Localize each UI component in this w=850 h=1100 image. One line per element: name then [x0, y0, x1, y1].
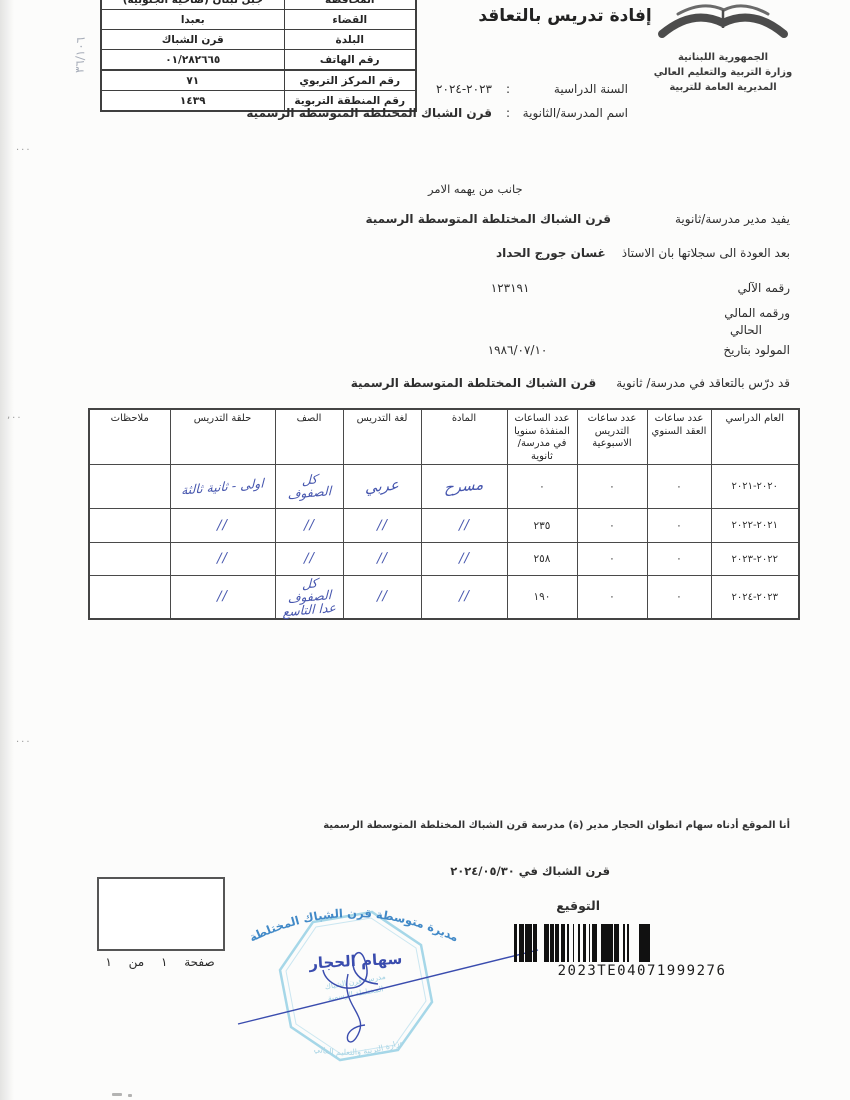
cell-weekly-hours: ٠: [577, 576, 647, 620]
stamp-curved-title: مديرة متوسطة قرن الشباك المختلطة: [247, 906, 461, 945]
info-value: ٠١/٢٨٢٦٦٥: [101, 50, 284, 71]
colon: :: [506, 106, 510, 120]
statement-line-6: قد درّس بالتعاقد في مدرسة/ ثانوية قرن ال…: [351, 376, 790, 390]
statement-2-label: بعد العودة الى سجلاتها بان الاستاذ: [622, 246, 790, 260]
scan-dots: ...: [16, 734, 32, 745]
statement-line-3: رقمه الآلي ١٢٣١٩١: [491, 281, 790, 295]
scan-dots: ...: [16, 142, 32, 153]
table-header-row: العام الدراسي عدد ساعات العقد السنوي عدد…: [89, 409, 799, 465]
handwritten-language: عربي: [365, 477, 399, 496]
info-value: قرن الشباك: [101, 30, 284, 50]
auto-number-value: ١٢٣١٩١: [491, 281, 530, 295]
cell-year: ٢٠٢٠-٢٠٢١: [711, 465, 799, 509]
cell-notes: [89, 465, 170, 509]
statement-line-2: بعد العودة الى سجلاتها بان الاستاذ غسان …: [496, 246, 790, 260]
table-row: ٢٠٢٢-٢٠٢٣ ٠ ٠ ٢٥٨ // // // //: [89, 543, 799, 576]
cell-executed-hours: ٢٥٨: [507, 543, 577, 576]
financial-number-label-2: الحالي: [724, 322, 790, 339]
cell-year: ٢٠٢٣-٢٠٢٤: [711, 576, 799, 620]
handwritten-ditto: //: [304, 552, 315, 567]
col-header-subject: المادة: [421, 409, 507, 465]
table-row: ٢٠٢٠-٢٠٢١ ٠ ٠ ٠ مسرح عربي كل الصفوف اولى…: [89, 465, 799, 509]
statement-1-school: قرن الشباك المختلطة المتوسطة الرسمية: [365, 212, 611, 226]
cell-executed-hours: ١٩٠: [507, 576, 577, 620]
taught-school: قرن الشباك المختلطة المتوسطة الرسمية: [351, 376, 597, 390]
info-label: رقم المركز التربوي: [284, 70, 416, 91]
handwritten-grade: كل الصفوف عدا التاسع: [277, 574, 340, 619]
handwritten-grade: كل الصفوف: [277, 470, 340, 502]
col-header-language: لغة التدريس: [343, 409, 421, 465]
info-value: بعبدا: [101, 10, 284, 30]
auto-number-label: رقمه الآلي: [737, 281, 790, 295]
director-stamp: مدرسة قرن الشباك المختلطة الرسمية وزارة …: [228, 886, 548, 1071]
info-value: جبل لبنان (ضاحية الجنوبية): [101, 0, 284, 10]
statement-1-label: يفيد مدير مدرسة/ثانوية: [675, 212, 790, 226]
ministry-line-republic: الجمهورية اللبنانية: [648, 50, 798, 65]
info-label: البلدة: [284, 30, 416, 50]
teaching-history-table: العام الدراسي عدد ساعات العقد السنوي عدد…: [88, 408, 800, 620]
col-header-notes: ملاحظات: [89, 409, 170, 465]
to-whom-line: جانب من يهمه الامر: [428, 182, 523, 196]
page-number-label: صفحة ١ من ١: [98, 955, 222, 969]
school-name-line: اسم المدرسة/الثانوية : قرن الشباك المختل…: [246, 106, 628, 120]
cell-contract-hours: ٠: [647, 576, 711, 620]
handwritten-cycle: اولى - ثانية ثالثة: [181, 476, 264, 496]
handwritten-ditto: //: [459, 552, 470, 567]
cell-weekly-hours: ٠: [577, 465, 647, 509]
financial-number-block: ورقمه المالي الحالي: [724, 305, 790, 340]
col-header-grade: الصف: [275, 409, 343, 465]
statement-line-1: يفيد مدير مدرسة/ثانوية قرن الشباك المختل…: [365, 212, 790, 226]
cell-year: ٢٠٢١-٢٠٢٢: [711, 509, 799, 543]
col-header-weekly-hours: عدد ساعات التدريس الاسبوعية: [577, 409, 647, 465]
signature-label: التوقيع: [556, 898, 600, 913]
signature-name: سهام الحجار: [308, 950, 403, 973]
school-year-value: ٢٠٢٣-٢٠٢٤: [436, 82, 492, 96]
info-label: رقم الهاتف: [284, 50, 416, 71]
margin-handwritten-note: ٣٦/١٠٦: [73, 37, 88, 74]
teacher-name: غسان جورج الحداد: [496, 246, 606, 260]
school-year-line: السنة الدراسية : ٢٠٢٣-٢٠٢٤: [436, 82, 628, 96]
handwritten-ditto: //: [377, 552, 388, 567]
ministry-line-directorate: المديرية العامة للتربية: [648, 80, 798, 95]
school-name-value: قرن الشباك المختلطة المتوسطة الرسمية: [246, 106, 492, 120]
cell-weekly-hours: ٠: [577, 509, 647, 543]
handwritten-ditto: //: [217, 552, 228, 567]
table-row: ٢٠٢٣-٢٠٢٤ ٠ ٠ ١٩٠ // // كل الصفوف عدا ال…: [89, 576, 799, 620]
info-label: القضاء: [284, 10, 416, 30]
col-header-contract-hours: عدد ساعات العقد السنوي: [647, 409, 711, 465]
scan-speck: [112, 1093, 122, 1096]
cell-contract-hours: ٠: [647, 509, 711, 543]
col-header-cycle: حلقة التدريس: [170, 409, 275, 465]
photo-box: [97, 877, 225, 951]
statement-line-5: المولود بتاريخ ١٩٨٦/٠٧/١٠: [488, 343, 790, 357]
handwritten-ditto: //: [217, 518, 228, 533]
col-header-year: العام الدراسي: [711, 409, 799, 465]
cell-contract-hours: ٠: [647, 465, 711, 509]
school-name-label: اسم المدرسة/الثانوية: [516, 106, 628, 120]
cell-notes: [89, 509, 170, 543]
colon: :: [506, 82, 510, 96]
barcode-block: 2023TE04071999276: [514, 924, 770, 979]
school-info-table: المحافظة جبل لبنان (ضاحية الجنوبية) القض…: [100, 0, 417, 112]
cell-contract-hours: ٠: [647, 543, 711, 576]
scan-dots: ,..: [7, 410, 23, 421]
scan-speck: [128, 1094, 132, 1097]
info-value: ٧١: [101, 70, 284, 91]
cell-notes: [89, 576, 170, 620]
table-row: ٢٠٢١-٢٠٢٢ ٠ ٠ ٢٣٥ // // // //: [89, 509, 799, 543]
handwritten-ditto: //: [304, 518, 315, 533]
birthdate-value: ١٩٨٦/٠٧/١٠: [488, 343, 548, 357]
undersigned-statement: أنا الموقع أدناه سهام انطوان الحجار مدير…: [323, 820, 790, 831]
stamp-inner-bottom-text: وزارة التربية والتعليم العالي: [313, 1037, 404, 1056]
cell-executed-hours: ٠: [507, 465, 577, 509]
barcode-number: 2023TE04071999276: [514, 963, 770, 979]
handwritten-ditto: //: [459, 590, 470, 605]
financial-number-label: ورقمه المالي: [724, 305, 790, 322]
school-year-label: السنة الدراسية: [516, 82, 628, 96]
handwritten-ditto: //: [459, 518, 470, 533]
cell-notes: [89, 543, 170, 576]
handwritten-ditto: //: [217, 590, 228, 605]
taught-label: قد درّس بالتعاقد في مدرسة/ ثانوية: [616, 376, 790, 390]
handwritten-subject: مسرح: [444, 477, 484, 496]
document-page: ٣٦/١٠٦ ... ,.. ... المحافظة جبل لبنان (ض…: [0, 0, 850, 1100]
barcode-icon: [514, 924, 770, 962]
ministry-line-ministry: وزارة التربية والتعليم العالي: [648, 65, 798, 80]
place-date-line: قرن الشباك في ٢٠٢٤/٠٥/٣٠: [450, 864, 610, 878]
open-book-logo-icon: [648, 0, 798, 46]
info-label: المحافظة: [284, 0, 416, 10]
cell-year: ٢٠٢٢-٢٠٢٣: [711, 543, 799, 576]
cell-weekly-hours: ٠: [577, 543, 647, 576]
ministry-logo-block: الجمهورية اللبنانية وزارة التربية والتعل…: [648, 0, 798, 95]
birthdate-label: المولود بتاريخ: [723, 343, 790, 357]
handwritten-ditto: //: [377, 590, 388, 605]
cell-executed-hours: ٢٣٥: [507, 509, 577, 543]
col-header-executed-hours: عدد الساعات المنفذة سنويا في مدرسة/ثانوي…: [507, 409, 577, 465]
handwritten-ditto: //: [377, 518, 388, 533]
